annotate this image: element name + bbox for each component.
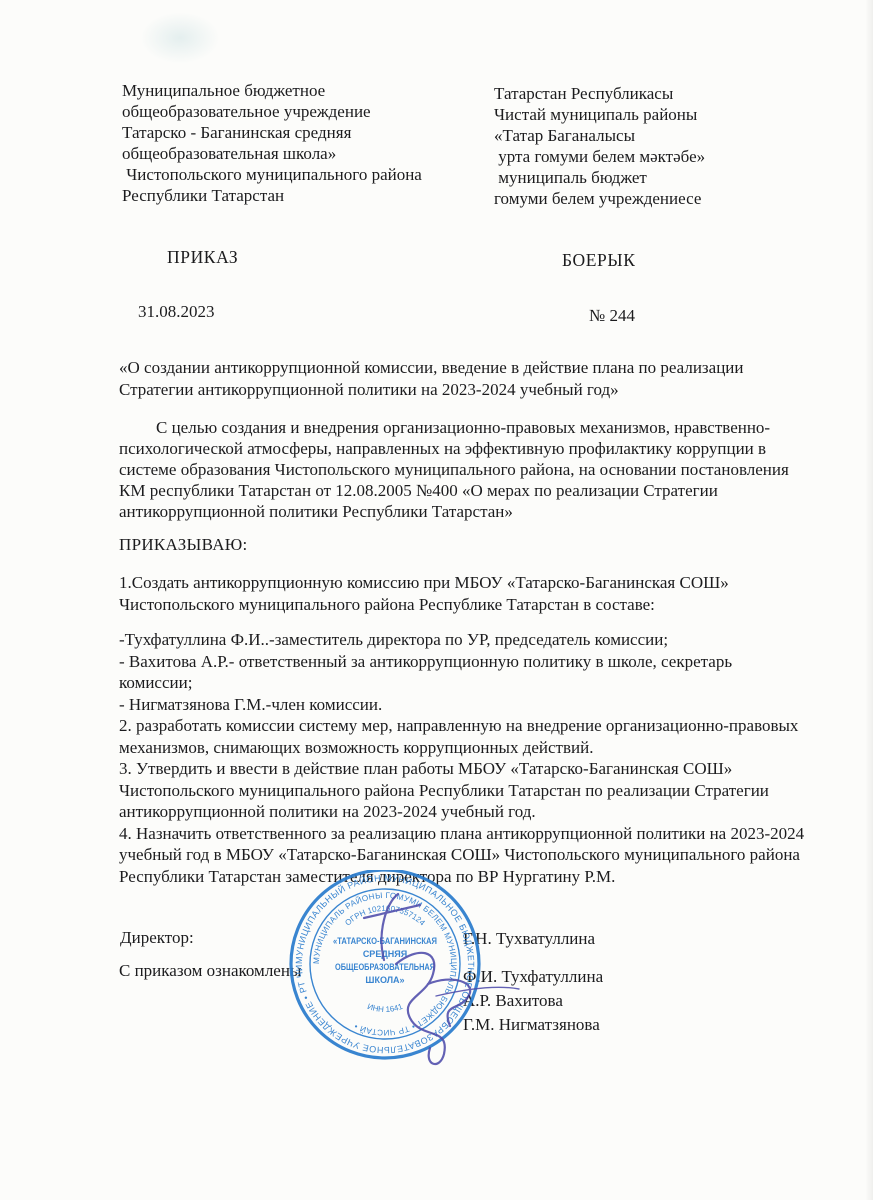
order-item-2: 2. разработать комиссии систему мер, нап…	[119, 715, 809, 758]
org-name-line: общеобразовательное учреждение	[122, 101, 492, 122]
commission-member: - Нигматзянова Г.М.-член комиссии.	[119, 694, 809, 716]
stamp-center-line: «ТАТАРСКО-БАГАНИНСКАЯ	[333, 936, 437, 946]
scanned-order-page: Муниципальное бюджетное общеобразователь…	[0, 0, 873, 1200]
acknowledged-label: С приказом ознакомлены	[119, 961, 301, 981]
stamp-inn-text: ИНН 1641	[366, 1002, 404, 1014]
org-name-line: общеобразовательная школа»	[122, 143, 492, 164]
org-name-line: Республики Татарстан	[122, 185, 492, 206]
org-name-line: Чистопольского муниципального района	[122, 164, 492, 185]
stamp-center-line: СРЕДНЯЯ	[363, 949, 407, 959]
org-name-line: Чистай муниципаль районы	[494, 104, 804, 125]
order-title-tatar: БОЕРЫК	[562, 250, 636, 271]
order-subject: «О создании антикоррупционной комиссии, …	[119, 357, 809, 400]
org-name-line: «Татар Баганалысы	[494, 125, 804, 146]
school-round-stamp: МУНИЦИПАЛЬНЫЙ РАЙОН МУНИЦИПАЛЬНОЕ БЮДЖЕТ…	[280, 870, 540, 1075]
org-name-line: муниципаль бюджет	[494, 167, 804, 188]
org-name-russian: Муниципальное бюджетное общеобразователь…	[122, 80, 492, 206]
order-item-1: 1.Создать антикоррупционную комиссию при…	[119, 572, 809, 615]
org-name-line: Татарстан Республикасы	[494, 83, 804, 104]
org-name-tatar: Татарстан Республикасы Чистай муниципаль…	[494, 83, 804, 209]
order-preamble: С целью создания и внедрения организацио…	[119, 417, 809, 522]
director-label: Директор:	[120, 928, 194, 948]
scan-smudge	[140, 12, 220, 64]
stamp-center-line: ШКОЛА»	[365, 975, 404, 985]
order-number: № 244	[589, 306, 635, 326]
commission-member: -Тухфатуллина Ф.И..-заместитель директор…	[119, 629, 809, 651]
org-name-line: урта гомуми белем мәктәбе»	[494, 146, 804, 167]
org-name-line: гомуми белем учреждениесе	[494, 188, 804, 209]
stamp-center-line: ОБЩЕОБРАЗОВАТЕЛЬНАЯ	[335, 962, 435, 972]
resolve-word: ПРИКАЗЫВАЮ:	[119, 535, 248, 555]
order-title-russian: ПРИКАЗ	[167, 247, 238, 268]
order-date: 31.08.2023	[138, 302, 215, 322]
org-name-line: Татарско - Баганинская средняя	[122, 122, 492, 143]
scan-edge-shadow	[865, 0, 873, 1200]
commission-member: - Вахитова А.Р.- ответственный за антико…	[119, 651, 809, 694]
org-name-line: Муниципальное бюджетное	[122, 80, 492, 101]
order-items: -Тухфатуллина Ф.И..-заместитель директор…	[119, 629, 809, 887]
order-item-3: 3. Утвердить и ввести в действие план ра…	[119, 758, 809, 823]
